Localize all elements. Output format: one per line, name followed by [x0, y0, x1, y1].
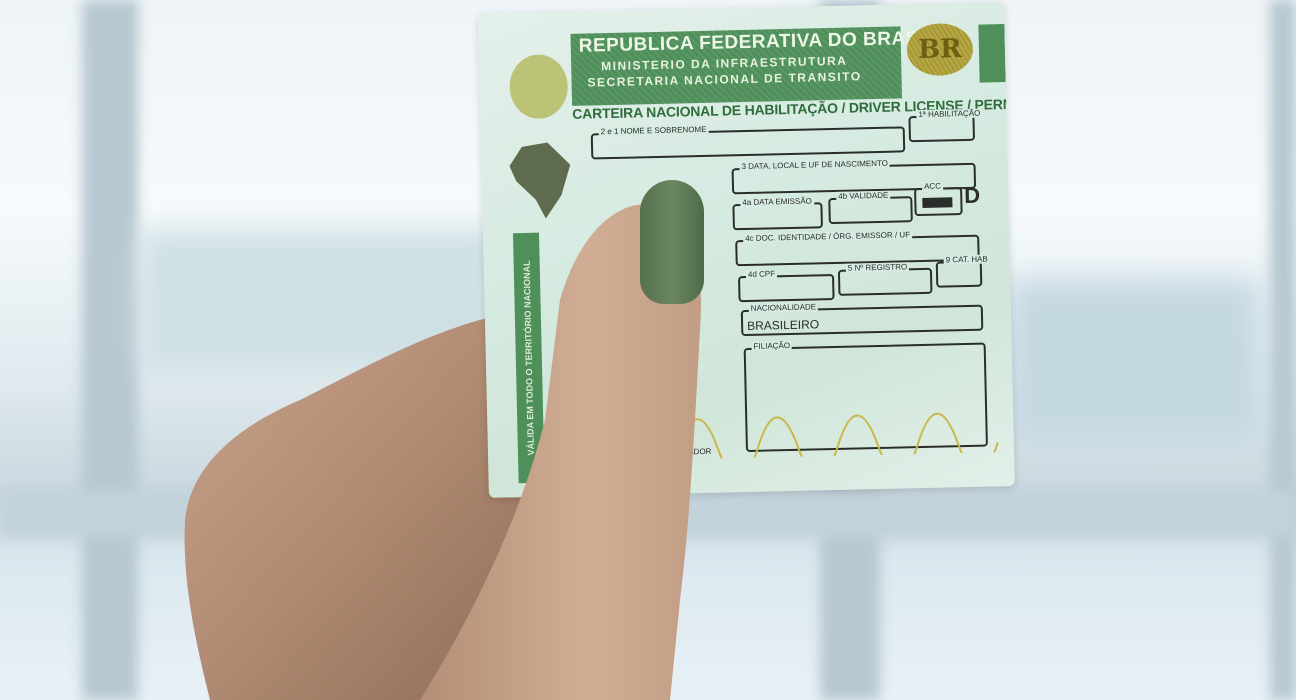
green-painted-nail	[640, 180, 704, 304]
thumb	[0, 0, 1296, 700]
photo-scene: REPUBLICA FEDERATIVA DO BRASIL MINISTERI…	[0, 0, 1296, 700]
